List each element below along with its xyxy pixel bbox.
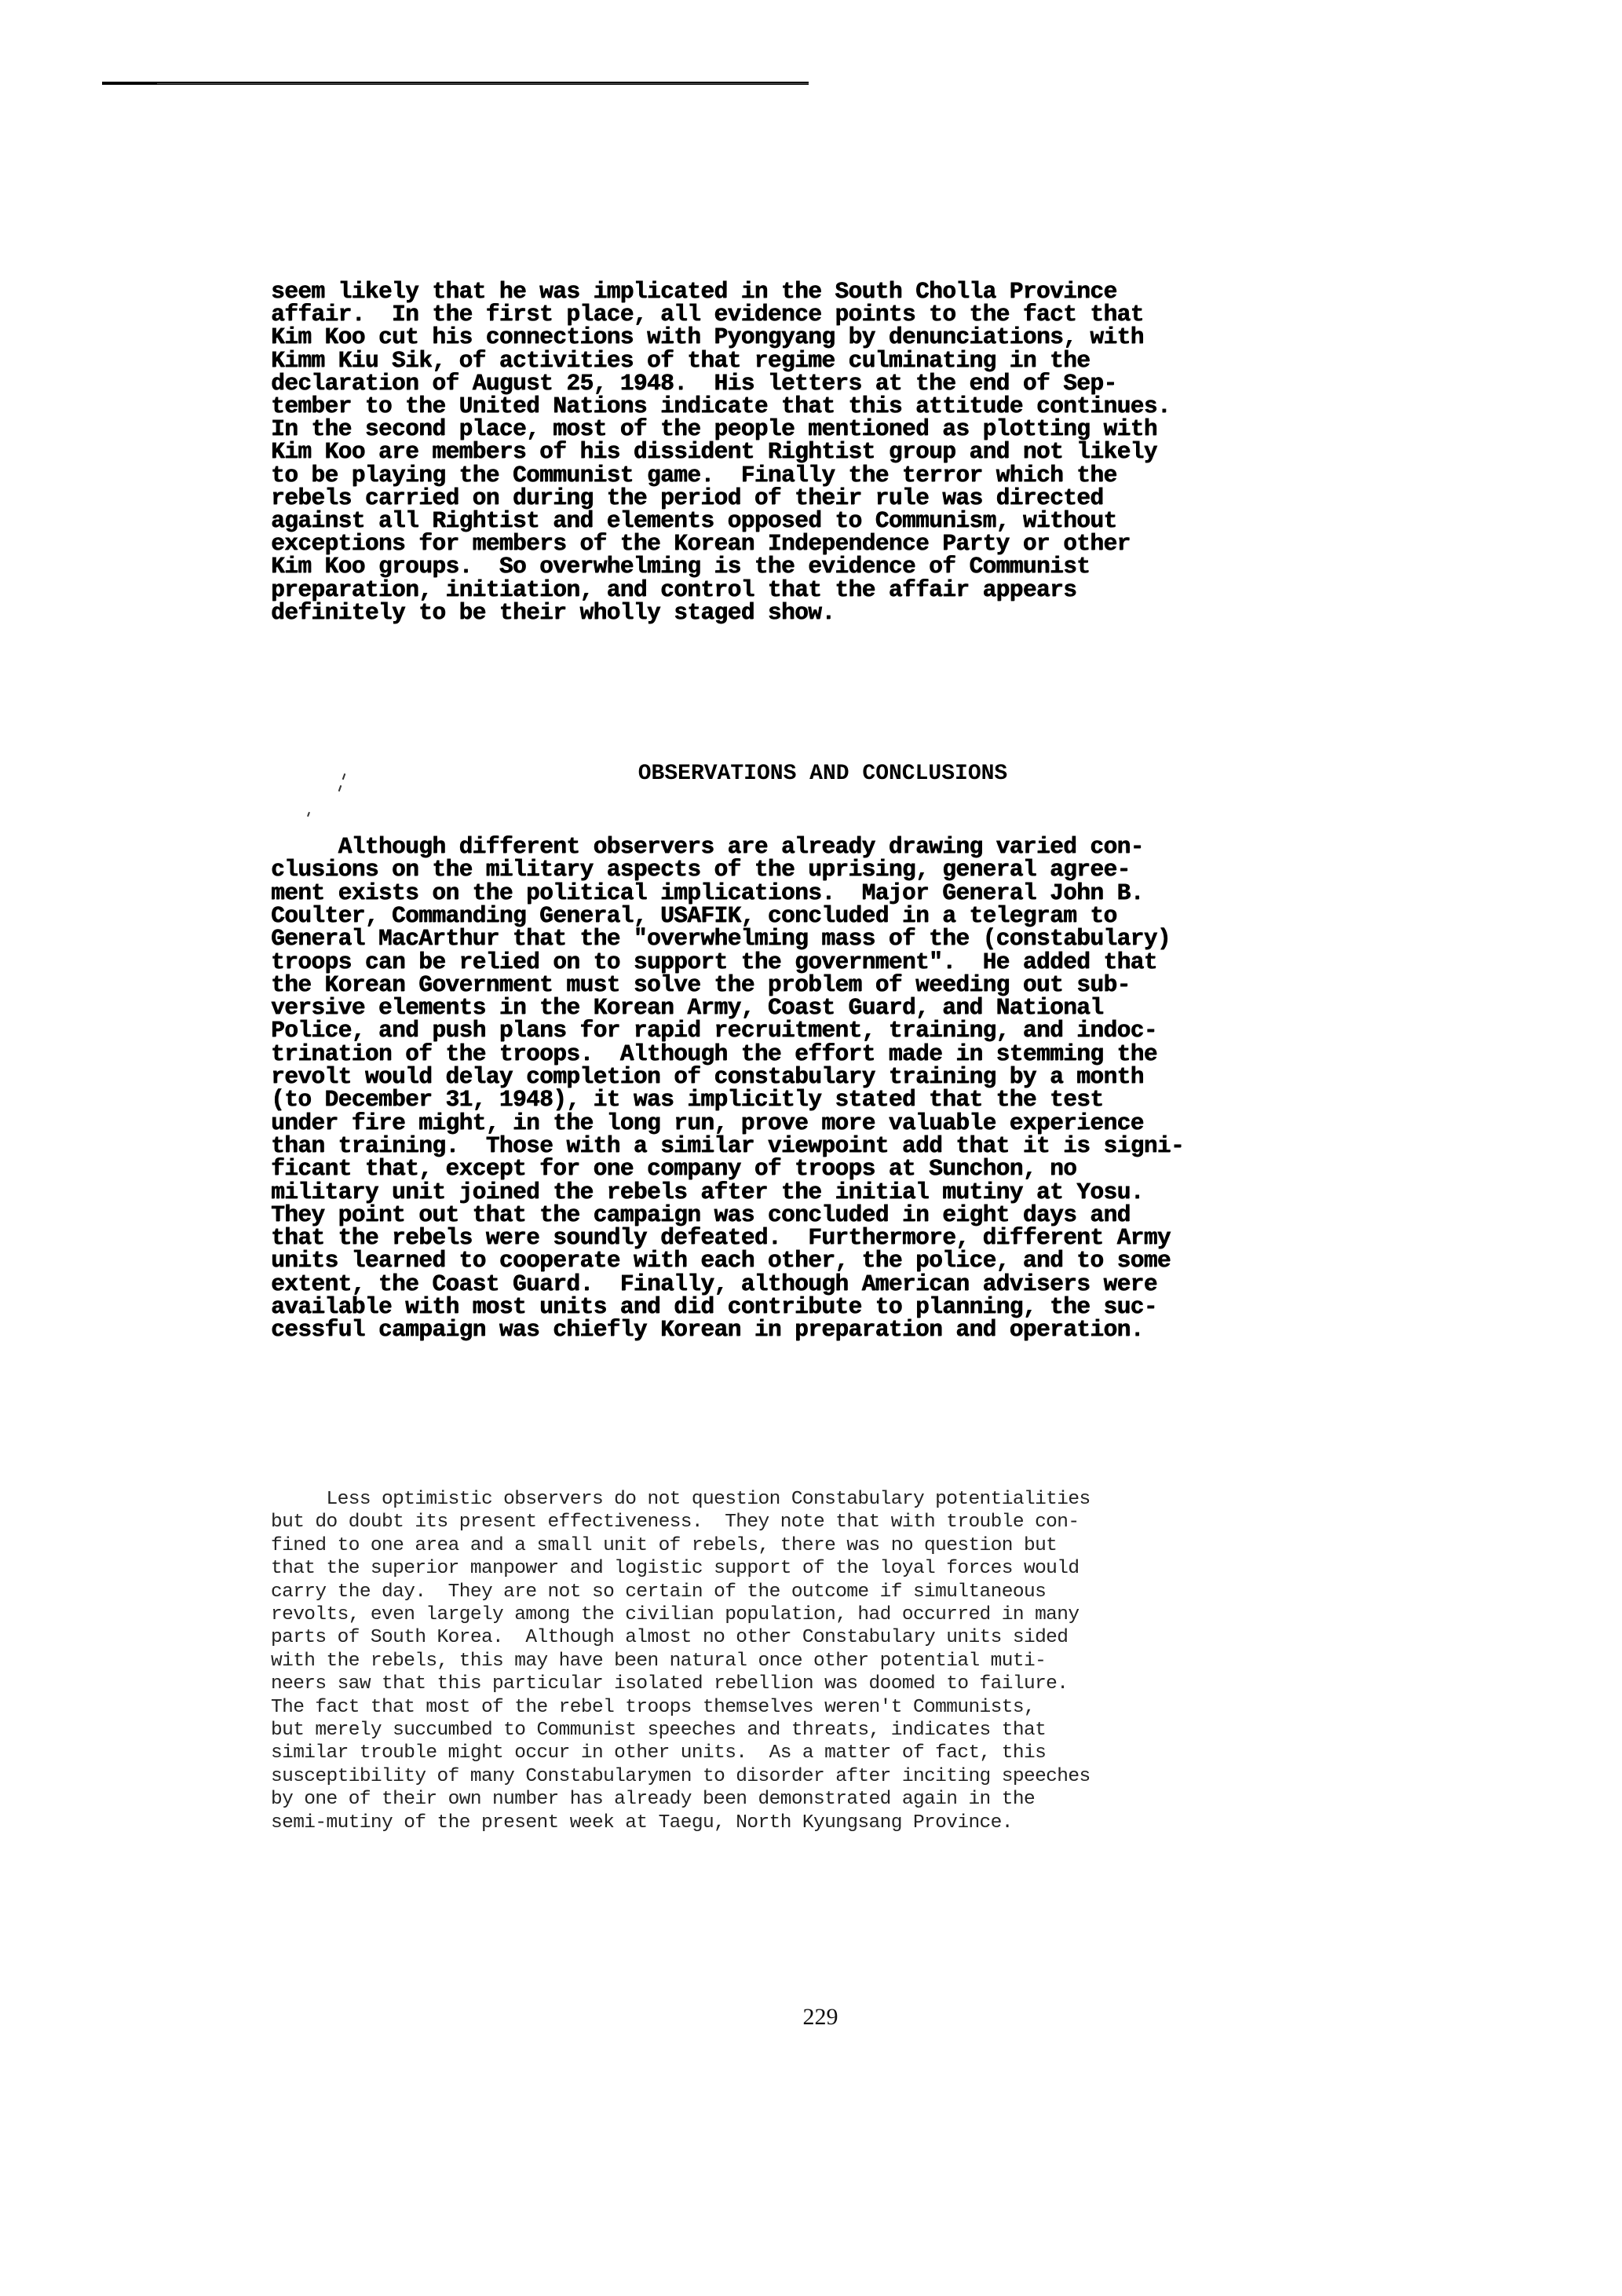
text-line: General MacArthur that the "overwhelming… bbox=[271, 927, 1171, 950]
text-line: similar trouble might occur in other uni… bbox=[271, 1742, 1046, 1765]
text-line: but merely succumbed to Communist speech… bbox=[271, 1719, 1046, 1742]
text-line: preparation, initiation, and control tha… bbox=[271, 578, 1076, 601]
text-line: definitely to be their wholly staged sho… bbox=[271, 601, 835, 624]
text-line: military unit joined the rebels after th… bbox=[271, 1180, 1144, 1204]
text-line: declaration of August 25, 1948. His lett… bbox=[271, 371, 1116, 395]
text-line: They point out that the campaign was con… bbox=[271, 1203, 1131, 1227]
text-line: parts of South Korea. Although almost no… bbox=[271, 1626, 1068, 1650]
text-line: revolts, even largely among the civilian… bbox=[271, 1603, 1079, 1627]
text-line: In the second place, most of the people … bbox=[271, 417, 1157, 441]
text-line: cessful campaign was chiefly Korean in p… bbox=[271, 1318, 1144, 1341]
text-line: Kim Koo groups. So overwhelming is the e… bbox=[271, 554, 1090, 578]
page-number: 229 bbox=[785, 2004, 856, 2031]
text-line: affair. In the first place, all evidence… bbox=[271, 302, 1144, 326]
text-line: seem likely that he was implicated in th… bbox=[271, 280, 1116, 303]
text-line: against all Rightist and elements oppose… bbox=[271, 509, 1116, 532]
text-line: units learned to cooperate with each oth… bbox=[271, 1249, 1171, 1272]
text-line: the Korean Government must solve the pro… bbox=[271, 973, 1131, 996]
text-line: Kimm Kiu Sik, of activities of that regi… bbox=[271, 349, 1090, 372]
text-line: Although different observers are already… bbox=[271, 835, 1144, 858]
text-line: but do doubt its present effectiveness. … bbox=[271, 1511, 1079, 1534]
text-line: to be playing the Communist game. Finall… bbox=[271, 463, 1116, 487]
text-line: extent, the Coast Guard. Finally, althou… bbox=[271, 1272, 1157, 1296]
text-line: than training. Those with a similar view… bbox=[271, 1134, 1184, 1157]
text-line: revolt would delay completion of constab… bbox=[271, 1065, 1144, 1088]
scan-speck bbox=[307, 812, 310, 817]
text-line: ment exists on the political implication… bbox=[271, 881, 1144, 905]
text-line: that the rebels were soundly defeated. F… bbox=[271, 1226, 1171, 1249]
text-line: susceptibility of many Constabularymen t… bbox=[271, 1765, 1090, 1789]
text-line: available with most units and did contri… bbox=[271, 1295, 1157, 1318]
text-line: fined to one area and a small unit of re… bbox=[271, 1534, 1057, 1558]
text-line: (to December 31, 1948), it was implicitl… bbox=[271, 1088, 1103, 1111]
top-rule-shadow bbox=[157, 83, 809, 84]
text-line: that the superior manpower and logistic … bbox=[271, 1557, 1079, 1581]
text-line: under fire might, in the long run, prove… bbox=[271, 1111, 1144, 1135]
text-line: neers saw that this particular isolated … bbox=[271, 1673, 1068, 1696]
text-line: semi-mutiny of the present week at Taegu… bbox=[271, 1812, 1013, 1835]
text-line: exceptions for members of the Korean Ind… bbox=[271, 532, 1131, 555]
text-line: Kim Koo cut his connections with Pyongya… bbox=[271, 325, 1144, 349]
text-line: troops can be relied on to support the g… bbox=[271, 950, 1157, 974]
text-line: ficant that, except for one company of t… bbox=[271, 1157, 1076, 1180]
section-heading: OBSERVATIONS AND CONCLUSIONS bbox=[0, 762, 1622, 786]
text-line: Police, and push plans for rapid recruit… bbox=[271, 1018, 1157, 1042]
text-line: by one of their own number has already b… bbox=[271, 1788, 1035, 1812]
text-line: Coulter, Commanding General, USAFIK, con… bbox=[271, 904, 1116, 927]
text-line: The fact that most of the rebel troops t… bbox=[271, 1696, 1035, 1720]
text-line: carry the day. They are not so certain o… bbox=[271, 1581, 1046, 1604]
text-line: tember to the United Nations indicate th… bbox=[271, 394, 1171, 418]
text-line: versive elements in the Korean Army, Coa… bbox=[271, 996, 1103, 1019]
text-line: trination of the troops. Although the ef… bbox=[271, 1042, 1157, 1066]
text-line: Kim Koo are members of his dissident Rig… bbox=[271, 440, 1157, 463]
scan-speck bbox=[338, 785, 342, 792]
text-line: rebels carried on during the period of t… bbox=[271, 486, 1103, 510]
text-line: Less optimistic observers do not questio… bbox=[271, 1488, 1090, 1512]
text-line: clusions on the military aspects of the … bbox=[271, 857, 1131, 881]
text-line: with the rebels, this may have been natu… bbox=[271, 1650, 1046, 1673]
